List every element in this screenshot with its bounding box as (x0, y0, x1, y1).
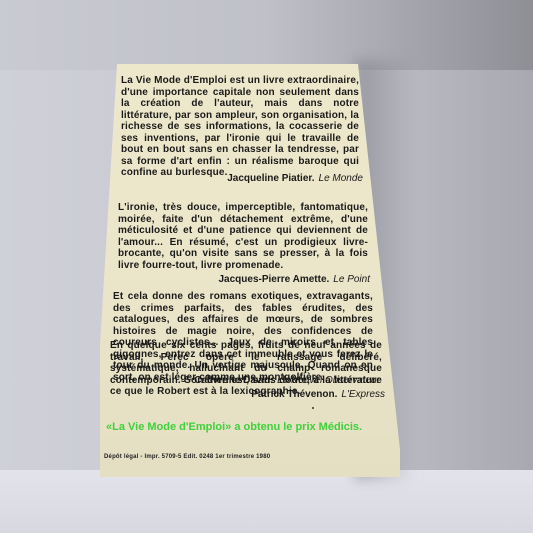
background-surface (0, 470, 533, 533)
book-title-lead: La Vie Mode d'Emploi (121, 75, 227, 86)
legal-deposit-line: Dépôt légal - Impr. 5709-5 Edit. 0248 1e… (104, 454, 270, 460)
quote-2-source: Le Point (333, 274, 370, 285)
quote-1-author: Jacqueline Piatier. (227, 173, 314, 184)
prize-notice: «La Vie Mode d'Emploi» a obtenu le prix … (106, 421, 362, 433)
quote-4-author: Patrick Thévenon. (251, 389, 337, 400)
quote-2-author: Jacques-Pierre Amette. (219, 274, 330, 285)
quote-4-signature: Patrick Thévenon.L'Express (140, 389, 385, 400)
quote-1-text: La Vie Mode d'Emploi est un livre extrao… (121, 75, 359, 179)
quote-2-text: L'ironie, très douce, imperceptible, fan… (118, 202, 368, 271)
dust-speck (312, 407, 314, 409)
quote-1-signature: Jacqueline Piatier.Le Monde (160, 173, 363, 184)
quote-4-source: L'Express (341, 389, 385, 400)
background-wall (0, 0, 533, 70)
quote-2-signature: Jacques-Pierre Amette.Le Point (160, 274, 370, 285)
quote-1-source: Le Monde (319, 173, 363, 184)
book-back-cover: La Vie Mode d'Emploi est un livre extrao… (100, 64, 400, 477)
